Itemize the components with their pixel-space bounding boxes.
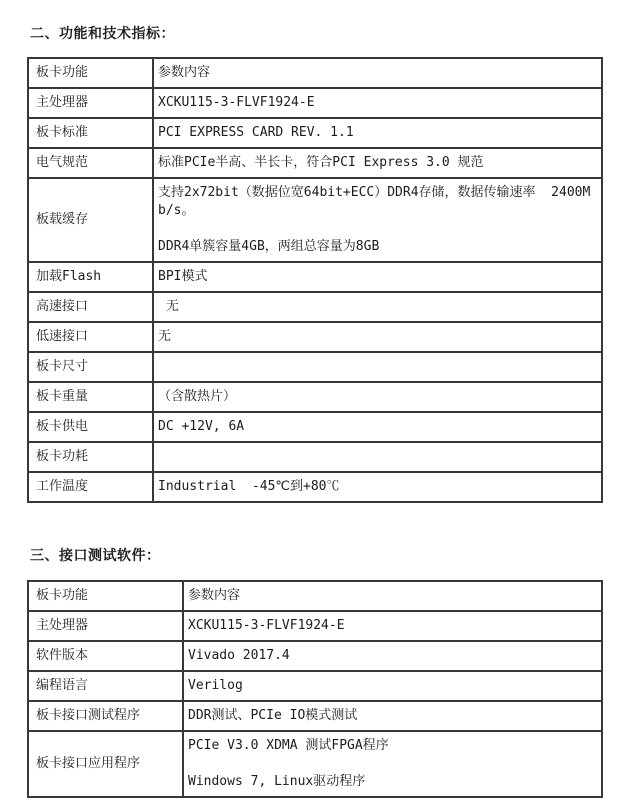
row-label: 板卡接口应用程序: [28, 731, 183, 797]
row-value: （含散热片）: [153, 382, 602, 412]
table-row: 软件版本 Vivado 2017.4: [28, 641, 602, 671]
row-value: [153, 442, 602, 472]
row-label: 板卡供电: [28, 412, 153, 442]
row-label: 板卡尺寸: [28, 352, 153, 382]
row-label: 主处理器: [28, 611, 183, 641]
row-label: 板卡功能: [28, 58, 153, 88]
table-row: 电气规范 标准PCIe半高、半长卡，符合PCI Express 3.0 规范: [28, 148, 602, 178]
row-value: Vivado 2017.4: [183, 641, 602, 671]
row-value: 标准PCIe半高、半长卡，符合PCI Express 3.0 规范: [153, 148, 602, 178]
row-value: PCIe V3.0 XDMA 测试FPGA程序 Windows 7, Linux…: [183, 731, 602, 797]
table-row: 板卡尺寸: [28, 352, 602, 382]
table-row: 工作温度 Industrial -45℃到+80℃: [28, 472, 602, 502]
row-label: 低速接口: [28, 322, 153, 352]
row-label: 主处理器: [28, 88, 153, 118]
table-row: 板卡标准 PCI EXPRESS CARD REV. 1.1: [28, 118, 602, 148]
table-row: 高速接口 无: [28, 292, 602, 322]
row-value: 参数内容: [183, 581, 602, 611]
row-value: BPI模式: [153, 262, 602, 292]
table-row: 板卡接口测试程序 DDR测试、PCIe IO模式测试: [28, 701, 602, 731]
row-value: 参数内容: [153, 58, 602, 88]
row-label: 板卡接口测试程序: [28, 701, 183, 731]
tech-spec-table: 板卡功能 参数内容 主处理器 XCKU115-3-FLVF1924-E 板卡标准…: [27, 57, 603, 503]
row-label: 板载缓存: [28, 178, 153, 262]
row-value: Verilog: [183, 671, 602, 701]
table-row: 低速接口 无: [28, 322, 602, 352]
row-label: 电气规范: [28, 148, 153, 178]
row-label: 板卡功能: [28, 581, 183, 611]
row-label: 板卡标准: [28, 118, 153, 148]
table-row: 板载缓存 支持2x72bit（数据位宽64bit+ECC）DDR4存储，数据传输…: [28, 178, 602, 262]
row-value: Industrial -45℃到+80℃: [153, 472, 602, 502]
row-label: 软件版本: [28, 641, 183, 671]
table-row: 板卡重量 （含散热片）: [28, 382, 602, 412]
document-page: 二、功能和技术指标： 板卡功能 参数内容 主处理器 XCKU115-3-FLVF…: [0, 0, 630, 802]
row-label: 板卡功耗: [28, 442, 153, 472]
section-title-software: 三、接口测试软件：: [30, 548, 603, 565]
table-row: 主处理器 XCKU115-3-FLVF1924-E: [28, 611, 602, 641]
row-value: DC +12V, 6A: [153, 412, 602, 442]
row-value: 无: [153, 322, 602, 352]
table-row: 板卡功能 参数内容: [28, 58, 602, 88]
row-label: 加载Flash: [28, 262, 153, 292]
table-row: 板卡接口应用程序 PCIe V3.0 XDMA 测试FPGA程序 Windows…: [28, 731, 602, 797]
row-label: 工作温度: [28, 472, 153, 502]
section-title-tech: 二、功能和技术指标：: [30, 26, 603, 43]
row-value: DDR测试、PCIe IO模式测试: [183, 701, 602, 731]
table-row: 板卡功耗: [28, 442, 602, 472]
row-value: [153, 352, 602, 382]
table-row: 加载Flash BPI模式: [28, 262, 602, 292]
row-value: PCI EXPRESS CARD REV. 1.1: [153, 118, 602, 148]
row-value: XCKU115-3-FLVF1924-E: [153, 88, 602, 118]
row-label: 编程语言: [28, 671, 183, 701]
table-row: 编程语言 Verilog: [28, 671, 602, 701]
row-value: XCKU115-3-FLVF1924-E: [183, 611, 602, 641]
row-label: 板卡重量: [28, 382, 153, 412]
row-value: 无: [153, 292, 602, 322]
table-row: 主处理器 XCKU115-3-FLVF1924-E: [28, 88, 602, 118]
row-label: 高速接口: [28, 292, 153, 322]
software-spec-table: 板卡功能 参数内容 主处理器 XCKU115-3-FLVF1924-E 软件版本…: [27, 580, 603, 798]
row-value: 支持2x72bit（数据位宽64bit+ECC）DDR4存储，数据传输速率 24…: [153, 178, 602, 262]
table-row: 板卡供电 DC +12V, 6A: [28, 412, 602, 442]
table-row: 板卡功能 参数内容: [28, 581, 602, 611]
